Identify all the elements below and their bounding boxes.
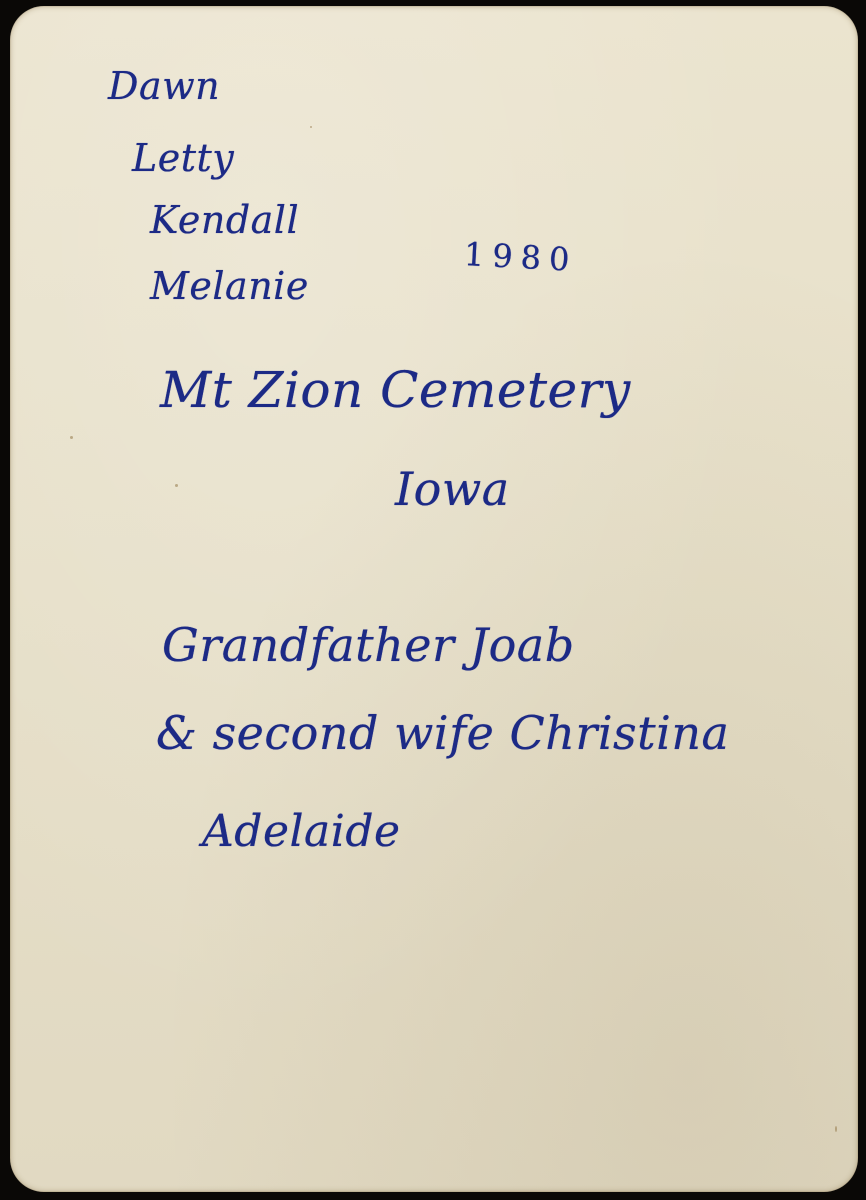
name-kendall: Kendall — [150, 198, 299, 242]
paper-speck — [310, 126, 312, 128]
location-cemetery: Mt Zion Cemetery — [160, 361, 631, 419]
name-letty: Letty — [132, 136, 234, 180]
year-note: 1980 — [463, 235, 578, 279]
caption-line-3: Adelaide — [202, 806, 401, 857]
paper-speck — [70, 436, 73, 439]
name-melanie: Melanie — [150, 264, 309, 308]
location-state: Iowa — [395, 462, 510, 516]
name-dawn: Dawn — [108, 64, 220, 108]
caption-line-2: & second wife Christina — [156, 706, 729, 760]
paper-speck — [175, 484, 178, 487]
caption-line-1: Grandfather Joab — [162, 618, 575, 672]
paper-speck — [835, 1126, 837, 1132]
photo-card-back: Dawn Letty Kendall Melanie 1980 Mt Zion … — [10, 6, 858, 1192]
